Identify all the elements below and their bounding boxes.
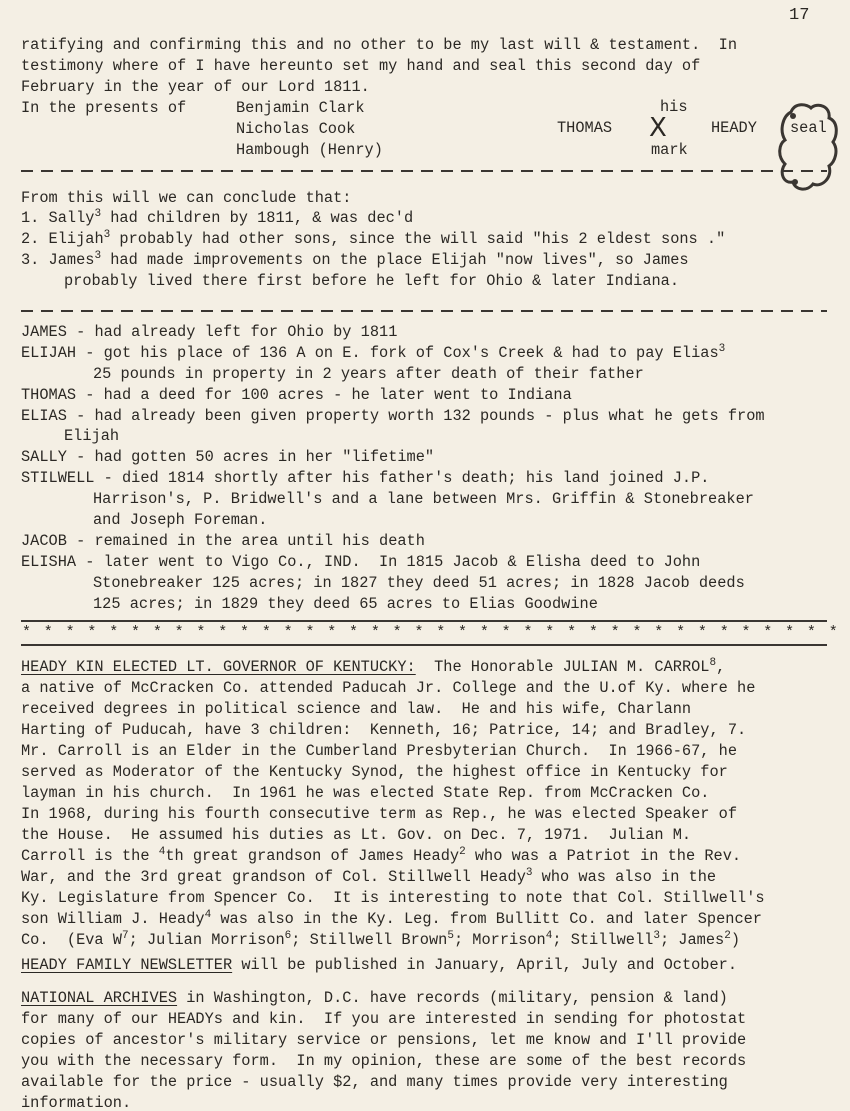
- presents-label: In the presents of: [21, 98, 186, 118]
- archives-line: information.: [21, 1093, 131, 1111]
- witness: Hambough (Henry): [236, 140, 383, 160]
- article-line: In 1968, during his fourth consecutive t…: [21, 804, 737, 824]
- article-line: War, and the 3rd great grandson of Col. …: [21, 867, 716, 887]
- archives-title: NATIONAL ARCHIVES: [21, 989, 177, 1007]
- conclusion-item: 2. Elijah3 probably had other sons, sinc…: [21, 229, 725, 249]
- signature-last-name: HEADY: [711, 119, 757, 137]
- seal-icon: [777, 100, 839, 194]
- heir-entry: ELISHA - later went to Vigo Co., IND. In…: [21, 552, 700, 572]
- heir-entry-continued: Stonebreaker 125 acres; in 1827 they dee…: [93, 573, 745, 593]
- signature-first-name: THOMAS: [557, 119, 612, 137]
- article-headline: HEADY KIN ELECTED LT. GOVERNOR OF KENTUC…: [21, 658, 416, 676]
- heir-entry-continued: 125 acres; in 1829 they deed 65 acres to…: [93, 594, 598, 614]
- article-line: served as Moderator of the Kentucky Syno…: [21, 762, 728, 782]
- solid-rule: [21, 644, 827, 646]
- article-first-line: HEADY KIN ELECTED LT. GOVERNOR OF KENTUC…: [21, 657, 725, 677]
- seal-label: seal: [790, 119, 827, 137]
- archives-line: for many of our HEADYs and kin. If you a…: [21, 1009, 746, 1029]
- will-line: February in the year of our Lord 1811.: [21, 77, 370, 97]
- page-number: 17: [789, 6, 809, 25]
- newsletter-note: HEADY FAMILY NEWSLETTER will be publishe…: [21, 955, 737, 975]
- heir-entry-continued: and Joseph Foreman.: [93, 510, 267, 530]
- newsletter-page: 17 ratifying and confirming this and no …: [0, 0, 850, 1111]
- solid-rule: [21, 620, 827, 622]
- dashed-divider: [21, 310, 827, 312]
- archives-line: you with the necessary form. In my opini…: [21, 1051, 746, 1071]
- mark-x-icon: X: [649, 113, 667, 143]
- article-line: son William J. Heady4 was also in the Ky…: [21, 909, 762, 929]
- archives-line: copies of ancestor's military service or…: [21, 1030, 746, 1050]
- heir-entry: ELIJAH - got his place of 136 A on E. fo…: [21, 343, 725, 363]
- heir-entry-continued: 25 pounds in property in 2 years after d…: [93, 364, 644, 384]
- article-lineage: Co. (Eva W7; Julian Morrison6; Stillwell…: [21, 930, 740, 950]
- heir-entry-continued: Harrison's, P. Bridwell's and a lane bet…: [93, 489, 754, 509]
- witness: Nicholas Cook: [236, 119, 355, 139]
- article-line: layman in his church. In 1961 he was ele…: [21, 783, 709, 803]
- heir-entry: JACOB - remained in the area until his d…: [21, 531, 425, 551]
- witness: Benjamin Clark: [236, 98, 365, 118]
- newsletter-title: HEADY FAMILY NEWSLETTER: [21, 956, 232, 974]
- archives-first-line: NATIONAL ARCHIVES in Washington, D.C. ha…: [21, 988, 728, 1008]
- heir-entry: THOMAS - had a deed for 100 acres - he l…: [21, 385, 572, 405]
- article-line: Harting of Puducah, have 3 children: Ken…: [21, 720, 746, 740]
- article-line: a native of McCracken Co. attended Paduc…: [21, 678, 755, 698]
- article-line: Mr. Carroll is an Elder in the Cumberlan…: [21, 741, 737, 761]
- will-line: ratifying and confirming this and no oth…: [21, 35, 737, 55]
- conclusion-item: 3. James3 had made improvements on the p…: [21, 250, 689, 270]
- article-line: received degrees in political science an…: [21, 699, 691, 719]
- heir-entry: ELIAS - had already been given property …: [21, 406, 765, 426]
- conclusion-item-continued: probably lived there first before he lef…: [64, 271, 679, 291]
- conclusion-item: 1. Sally3 had children by 1811, & was de…: [21, 208, 413, 228]
- signature-mark: mark: [651, 141, 688, 159]
- article-line: Ky. Legislature from Spencer Co. It is i…: [21, 888, 765, 908]
- heir-entry: STILWELL - died 1814 shortly after his f…: [21, 468, 709, 488]
- article-line: Carroll is the 4th great grandson of Jam…: [21, 846, 741, 866]
- heir-entry-continued: Elijah: [64, 426, 119, 446]
- heir-entry: JAMES - had already left for Ohio by 181…: [21, 322, 397, 342]
- heir-entry: SALLY - had gotten 50 acres in her "life…: [21, 447, 434, 467]
- article-line: the House. He assumed his duties as Lt. …: [21, 825, 691, 845]
- dashed-divider: [21, 170, 827, 172]
- star-divider: * * * * * * * * * * * * * * * * * * * * …: [22, 624, 850, 641]
- will-line: testimony where of I have hereunto set m…: [21, 56, 700, 76]
- conclusions-intro: From this will we can conclude that:: [21, 188, 351, 208]
- archives-line: available for the price - usually $2, an…: [21, 1072, 728, 1092]
